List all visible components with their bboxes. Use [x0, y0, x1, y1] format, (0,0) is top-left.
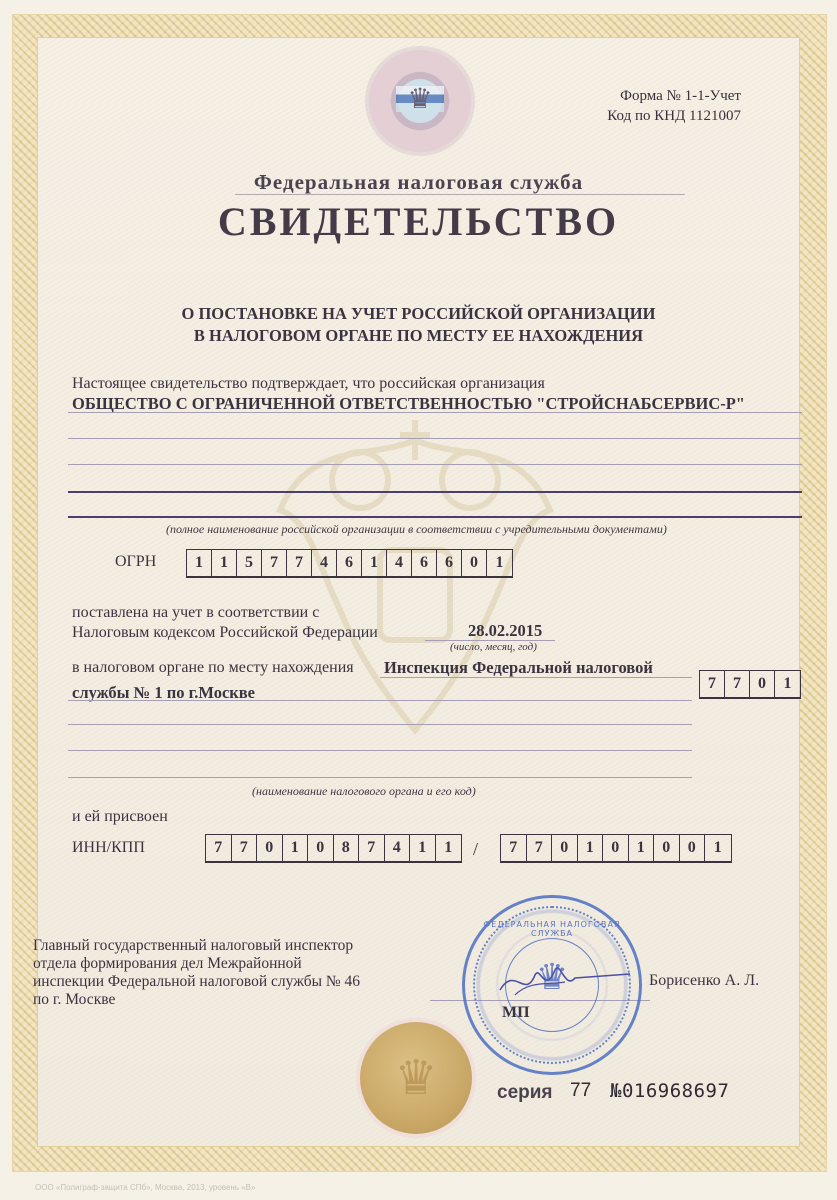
form-number: Форма № 1-1-Учет — [607, 86, 741, 106]
inn-kpp-separator: / — [473, 839, 478, 860]
org-line-5 — [68, 516, 802, 518]
digit-cell: 6 — [337, 550, 362, 576]
digit-cell: 7 — [725, 671, 750, 697]
digit-cell: 1 — [362, 550, 387, 576]
registration-line-1: поставлена на учет в соответствии с — [72, 604, 319, 622]
hologram-icon: ♛ — [369, 50, 471, 152]
digit-cell: 1 — [578, 835, 604, 861]
series-value: 77 — [570, 1080, 591, 1102]
kpp-digit-cells: 770101001 — [500, 834, 732, 863]
authority-underline — [235, 194, 685, 195]
digit-cell: 8 — [334, 835, 360, 861]
authority-underline-2 — [68, 700, 692, 701]
digit-cell: 1 — [705, 835, 731, 861]
signatory-position: Главный государственный налоговый инспек… — [33, 937, 360, 1009]
digit-cell: 4 — [312, 550, 337, 576]
position-line-1: Главный государственный налоговый инспек… — [33, 937, 360, 955]
digit-cell: 4 — [387, 550, 412, 576]
date-caption: (число, месяц, год) — [450, 641, 537, 653]
digit-cell: 7 — [287, 550, 312, 576]
position-line-3: инспекции Федеральной налоговой службы №… — [33, 973, 360, 991]
org-line-2 — [68, 438, 802, 439]
digit-cell: 1 — [629, 835, 655, 861]
document-subtitle: О ПОСТАНОВКЕ НА УЧЕТ РОССИЙСКОЙ ОРГАНИЗА… — [0, 303, 837, 347]
position-line-4: по г. Москве — [33, 991, 360, 1009]
eagle-watermark-icon — [250, 400, 580, 760]
digit-cell: 1 — [436, 835, 462, 861]
subtitle-line-2: В НАЛОГОВОМ ОРГАНЕ ПО МЕСТУ ЕЕ НАХОЖДЕНИ… — [0, 325, 837, 347]
digit-cell: 1 — [775, 671, 800, 697]
authority-code-cells: 7701 — [699, 670, 801, 699]
digit-cell: 7 — [232, 835, 258, 861]
authority-line-1: Инспекция Федеральной налоговой — [384, 658, 653, 678]
registration-date: 28.02.2015 — [468, 621, 542, 641]
digit-cell: 1 — [410, 835, 436, 861]
registration-line-2: Налоговым кодексом Российской Федерации — [72, 624, 378, 642]
digit-cell: 7 — [206, 835, 232, 861]
digit-cell: 0 — [654, 835, 680, 861]
digit-cell: 1 — [283, 835, 309, 861]
stamp-mark: МП — [502, 1004, 530, 1022]
digit-cell: 7 — [527, 835, 553, 861]
subtitle-line-1: О ПОСТАНОВКЕ НА УЧЕТ РОССИЙСКОЙ ОРГАНИЗА… — [0, 303, 837, 325]
digit-cell: 0 — [603, 835, 629, 861]
gold-seal-icon: ♛ — [360, 1022, 472, 1134]
authority-caption: (наименование налогового органа и его ко… — [252, 784, 476, 799]
organization-name: ОБЩЕСТВО С ОГРАНИЧЕННОЙ ОТВЕТСТВЕННОСТЬЮ… — [72, 394, 745, 414]
ogrn-label: ОГРН — [115, 553, 156, 571]
digit-cell: 0 — [680, 835, 706, 861]
assigned-intro: и ей присвоен — [72, 808, 168, 826]
digit-cell: 7 — [501, 835, 527, 861]
authority-name: Федеральная налоговая служба — [0, 170, 837, 195]
digit-cell: 7 — [700, 671, 725, 697]
digit-cell: 0 — [750, 671, 775, 697]
authority-underline-5 — [68, 777, 692, 778]
inn-kpp-label: ИНН/КПП — [72, 839, 145, 857]
authority-underline-3 — [68, 724, 692, 725]
organization-caption: (полное наименование российской организа… — [166, 522, 667, 537]
authority-intro: в налоговом органе по месту нахождения — [72, 659, 354, 677]
signature-icon — [495, 960, 635, 1000]
digit-cell: 0 — [257, 835, 283, 861]
serial-number: №016968697 — [610, 1080, 729, 1102]
digit-cell: 6 — [437, 550, 462, 576]
digit-cell: 1 — [487, 550, 512, 576]
digit-cell: 5 — [237, 550, 262, 576]
document-title: СВИДЕТЕЛЬСТВО — [0, 198, 837, 245]
org-line-4 — [68, 491, 802, 493]
organization-intro: Настоящее свидетельство подтверждает, чт… — [72, 375, 545, 393]
ogrn-digit-cells: 1157746146601 — [186, 549, 513, 578]
position-line-2: отдела формирования дел Межрайонной — [33, 955, 360, 973]
digit-cell: 1 — [187, 550, 212, 576]
authority-underline-1 — [380, 677, 692, 678]
digit-cell: 7 — [262, 550, 287, 576]
digit-cell: 7 — [359, 835, 385, 861]
knd-code: Код по КНД 1121007 — [607, 106, 741, 126]
digit-cell: 4 — [385, 835, 411, 861]
form-identifiers: Форма № 1-1-Учет Код по КНД 1121007 — [607, 86, 741, 126]
org-line-1 — [68, 412, 802, 413]
digit-cell: 1 — [212, 550, 237, 576]
printer-imprint: ООО «Полиграф-защита СПб», Москва, 2013,… — [35, 1183, 255, 1192]
series-label: серия — [497, 1082, 553, 1104]
digit-cell: 0 — [462, 550, 487, 576]
digit-cell: 0 — [308, 835, 334, 861]
digit-cell: 0 — [552, 835, 578, 861]
signatory-name: Борисенко А. Л. — [649, 972, 759, 990]
org-line-3 — [68, 464, 802, 465]
digit-cell: 6 — [412, 550, 437, 576]
inn-digit-cells: 7701087411 — [205, 834, 462, 863]
authority-underline-4 — [68, 750, 692, 751]
